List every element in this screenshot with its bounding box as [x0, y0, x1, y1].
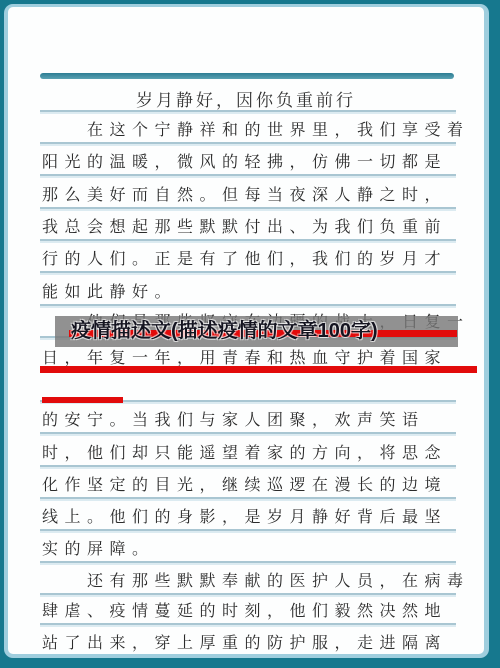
article-line: 那么美好而自然。但每当夜深人静之时， [42, 185, 447, 207]
title-divider-bar [40, 73, 454, 79]
article-line: 在这个宁静祥和的世界里，我们享受着 [87, 120, 470, 142]
article-line: 站了出来，穿上厚重的防护服，走进隔离 [42, 633, 447, 654]
framed-page-background: 岁月静好，因你负重前行 在这个宁静祥和的世界里，我们享受着 阳光的温暖，微风的轻… [0, 0, 500, 668]
ruled-line [40, 465, 456, 467]
ruled-line [40, 561, 456, 563]
headline-overlay: 疫情描述文(描述疫情的文章100字) [55, 316, 458, 347]
article-line: 线上。他们的身影，是岁月静好背后最坚 [42, 507, 447, 529]
headline-title: 疫情描述文(描述疫情的文章100字) [71, 316, 378, 347]
article-line: 能如此静好。 [42, 282, 177, 304]
ruled-line [40, 110, 456, 112]
red-underline-long [40, 366, 477, 373]
ruled-line [40, 142, 456, 144]
ruled-line [40, 239, 456, 241]
ruled-line [40, 207, 456, 209]
paper-title: 岁月静好，因你负重前行 [8, 86, 484, 110]
article-line: 肆虐、疫情蔓延的时刻，他们毅然决然地 [42, 601, 447, 623]
article-line: 还有那些默默奉献的医护人员，在病毒 [87, 571, 470, 593]
article-line: 行的人们。正是有了他们，我们的岁月才 [42, 249, 447, 271]
article-line: 我总会想起那些默默付出、为我们负重前 [42, 217, 447, 239]
article-line: 实的屏障。 [42, 539, 155, 561]
ruled-line [40, 304, 456, 306]
article-line: 时，他们却只能遥望着家的方向，将思念 [42, 443, 447, 465]
article-line: 的安宁。当我们与家人团聚，欢声笑语 [42, 410, 425, 432]
ruled-line [40, 593, 456, 595]
ruled-line [40, 623, 456, 625]
article-line: 阳光的温暖，微风的轻拂，仿佛一切都是 [42, 152, 447, 174]
ruled-line [40, 497, 456, 499]
article-line: 化作坚定的目光，继续巡逻在漫长的边境 [42, 475, 447, 497]
ruled-line [40, 432, 456, 434]
ruled-line [40, 271, 456, 273]
ruled-paper: 岁月静好，因你负重前行 在这个宁静祥和的世界里，我们享受着 阳光的温暖，微风的轻… [8, 7, 484, 654]
ruled-line [40, 174, 456, 176]
red-underline-short [42, 397, 123, 403]
ruled-line [40, 529, 456, 531]
